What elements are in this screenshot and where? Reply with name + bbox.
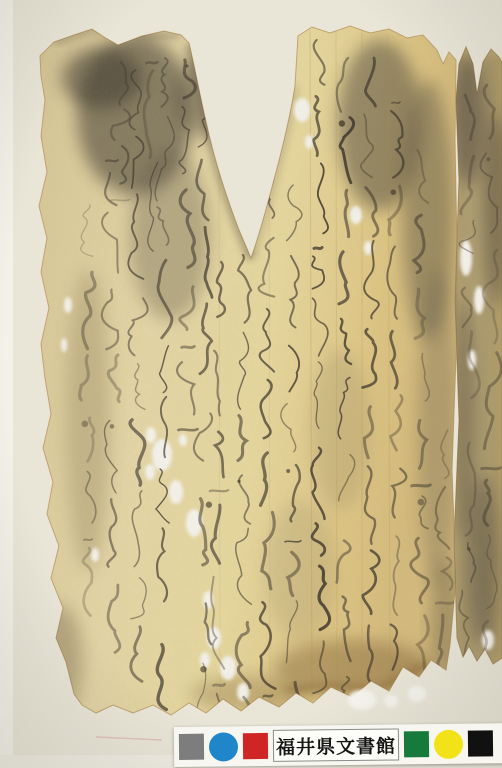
- photo-vignette: [0, 0, 502, 768]
- color-calibration-bar: 福井県文書館: [174, 723, 502, 767]
- yellow-circle-icon: [434, 729, 463, 758]
- green-square-icon: [404, 731, 429, 757]
- blue-circle-icon: [209, 732, 238, 761]
- red-square-icon: [243, 733, 268, 759]
- manuscript-artwork: [0, 0, 502, 768]
- gray-square-icon: [179, 734, 204, 760]
- archive-name-label: 福井県文書館: [273, 728, 399, 761]
- black-square-icon: [468, 730, 493, 756]
- archival-document-photo: 福井県文書館: [0, 0, 502, 768]
